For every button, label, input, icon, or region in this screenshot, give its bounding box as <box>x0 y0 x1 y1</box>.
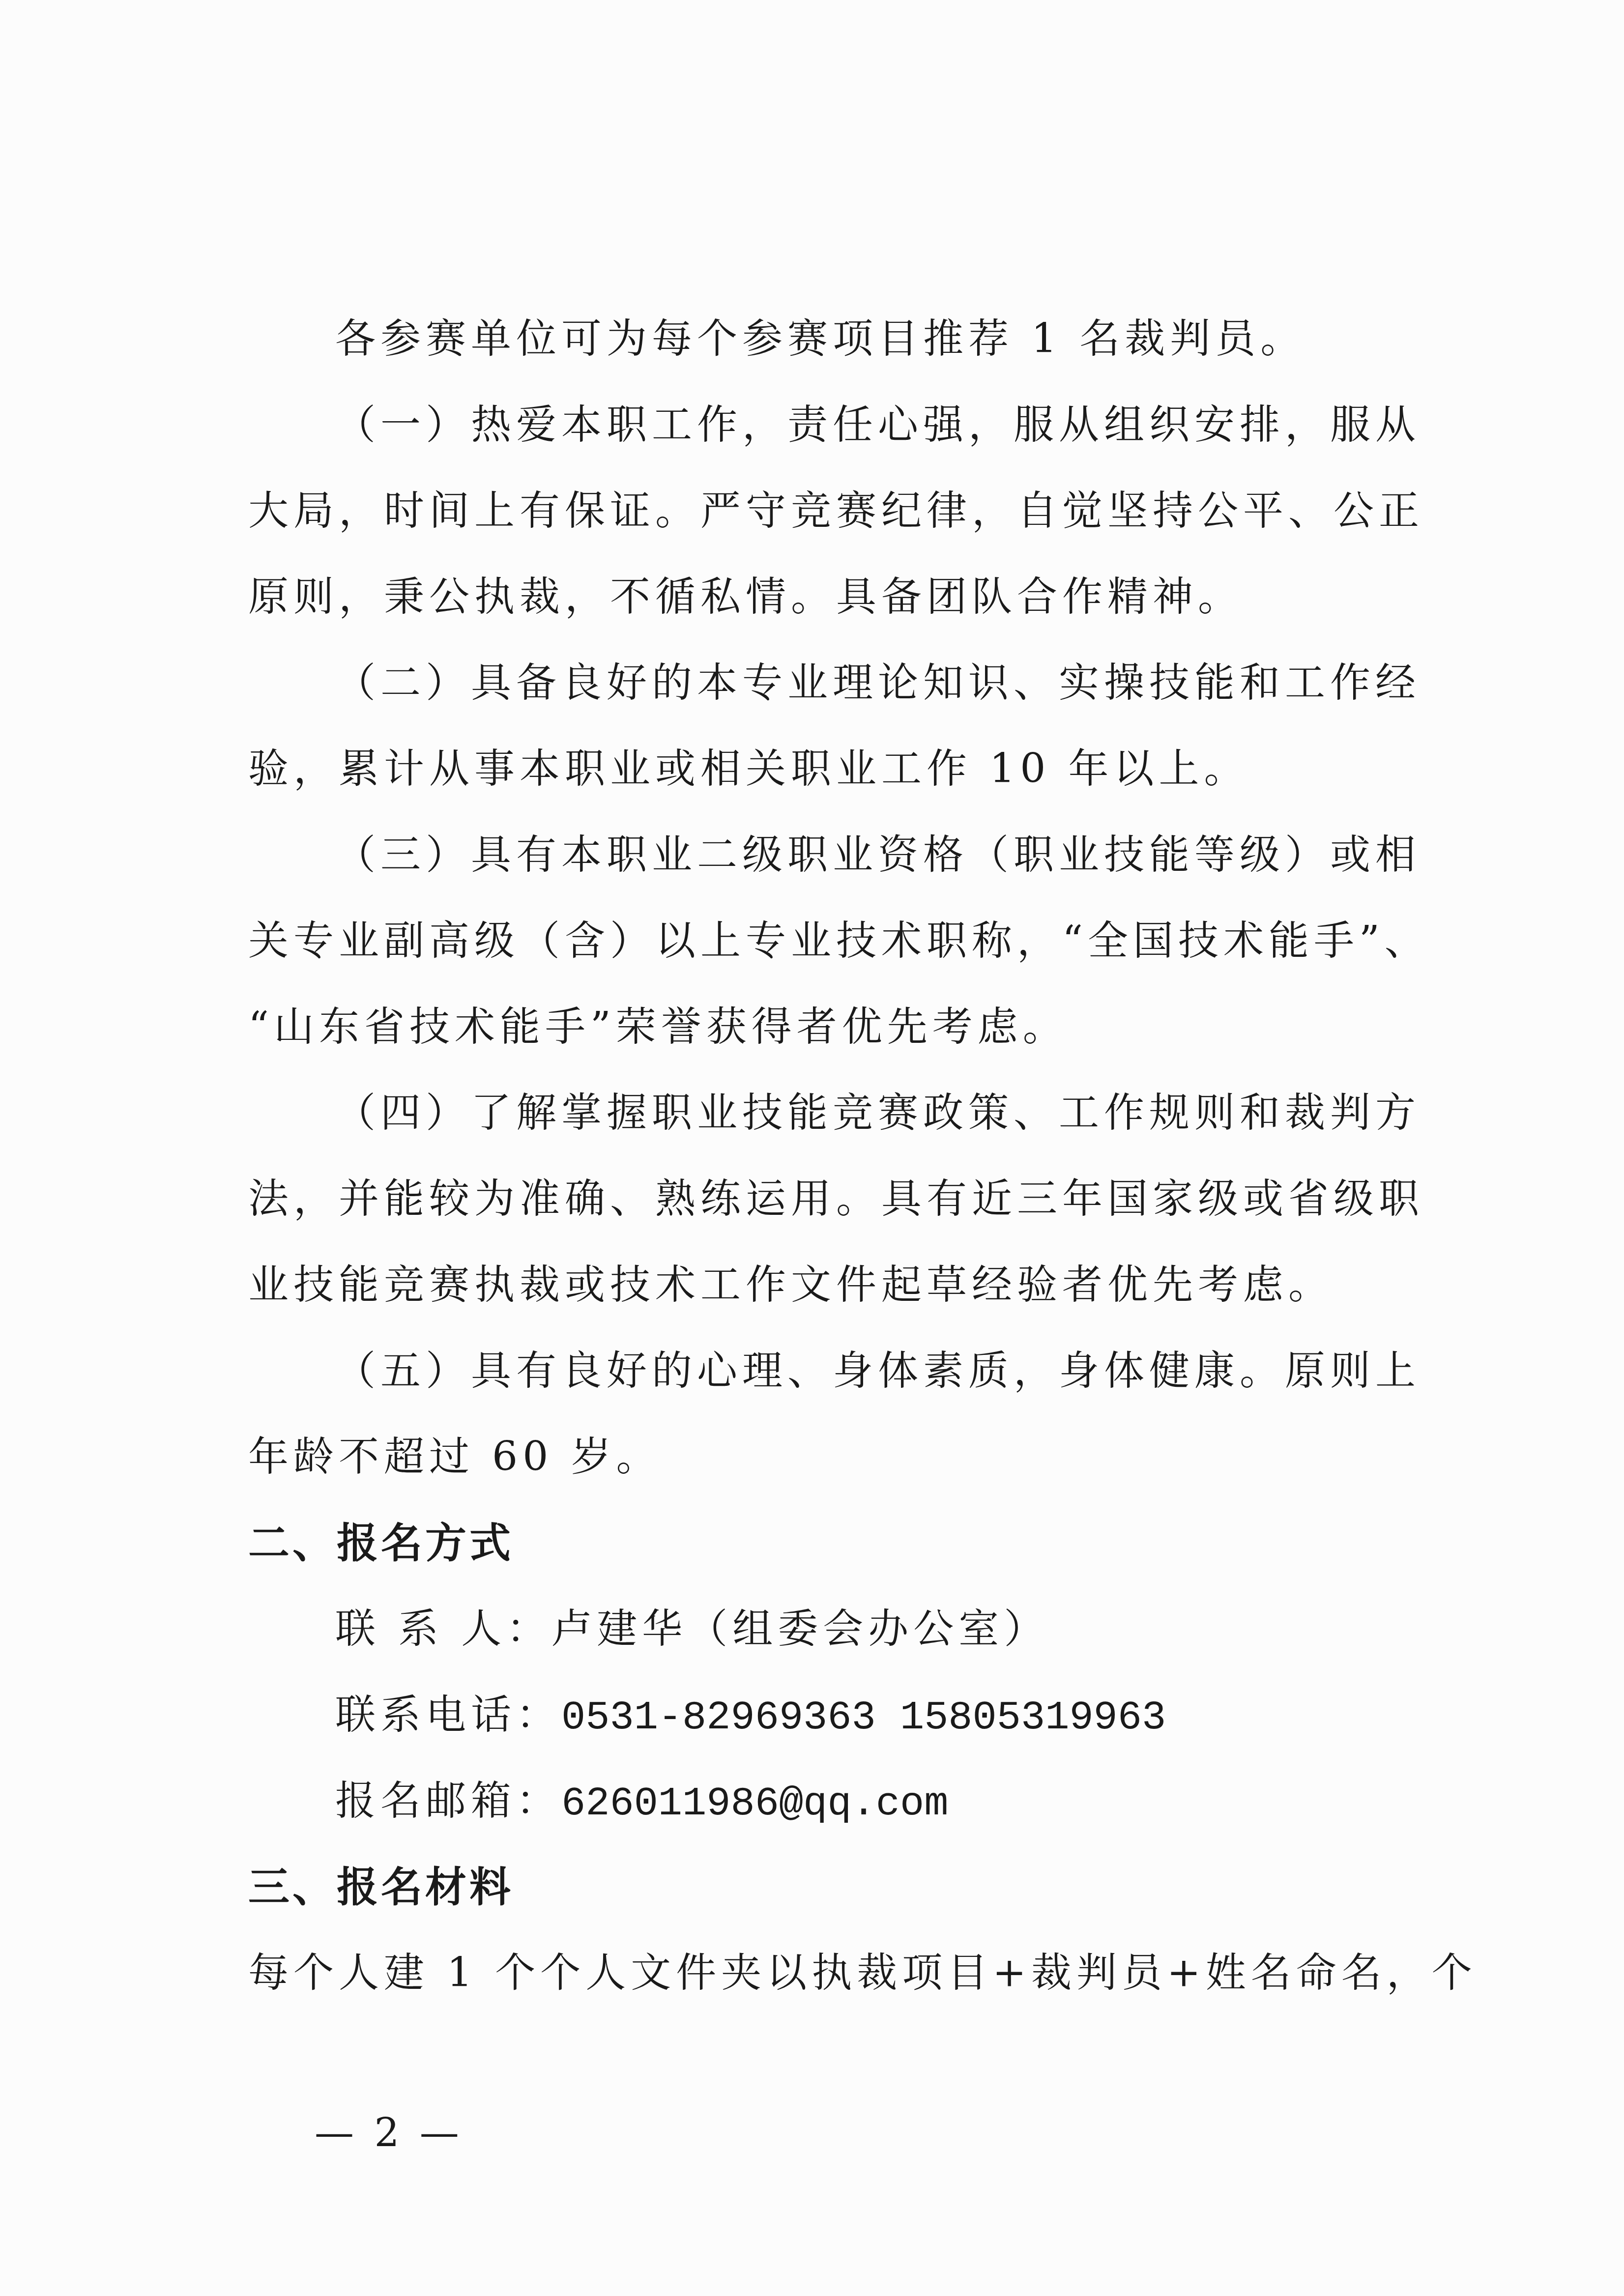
document-page: 各参赛单位可为每个参赛项目推荐 1 名裁判员。 （一）热爱本职工作，责任心强，服… <box>0 0 1624 2296</box>
contact-phone-row: 联系电话：0531-82969363 15805319963 <box>335 1691 1398 1743</box>
section-3-body: 每个人建 1 个个人文件夹以执裁项目+裁判员+姓名命名，个 <box>248 1949 1398 1998</box>
page-number: — 2 — <box>315 2108 463 2157</box>
contact-phone-value: 0531-82969363 15805319963 <box>561 1695 1166 1741</box>
requirement-2-line-2: 验，累计从事本职业或相关职业工作 10 年以上。 <box>248 745 1398 794</box>
requirement-5-line-1: （五）具有良好的心理、身体素质，身体健康。原则上 <box>335 1347 1398 1396</box>
requirement-4-line-2: 法，并能较为准确、熟练运用。具有近三年国家级或省级职 <box>248 1175 1398 1224</box>
requirement-5-line-2: 年龄不超过 60 岁。 <box>248 1433 1398 1482</box>
requirement-3-line-2: 关专业副高级（含）以上专业技术职称，“全国技术能手”、 <box>248 917 1398 966</box>
requirement-1-line-2: 大局，时间上有保证。严守竞赛纪律，自觉坚持公平、公正 <box>248 487 1398 536</box>
contact-person-label: 联 系 人： <box>335 1606 551 1652</box>
requirement-2-line-1: （二）具备良好的本专业理论知识、实操技能和工作经 <box>335 659 1398 708</box>
contact-email-value: 626011986@qq.com <box>561 1781 948 1827</box>
opening-paragraph: 各参赛单位可为每个参赛项目推荐 1 名裁判员。 <box>335 315 1398 364</box>
contact-person-row: 联 系 人：卢建华（组委会办公室） <box>335 1605 1398 1654</box>
contact-person-value: 卢建华（组委会办公室） <box>551 1606 1049 1652</box>
requirement-3-line-3: “山东省技术能手”荣誉获得者优先考虑。 <box>248 1003 1398 1052</box>
requirement-1-line-1: （一）热爱本职工作，责任心强，服从组织安排，服从 <box>335 401 1398 450</box>
requirement-4-line-1: （四）了解掌握职业技能竞赛政策、工作规则和裁判方 <box>335 1089 1398 1138</box>
requirement-1-line-3: 原则，秉公执裁，不循私情。具备团队合作精神。 <box>248 573 1398 622</box>
contact-email-row: 报名邮箱：626011986@qq.com <box>335 1777 1398 1829</box>
contact-phone-label: 联系电话： <box>335 1692 561 1738</box>
section-2-heading: 二、报名方式 <box>248 1519 1398 1568</box>
requirement-4-line-3: 业技能竞赛执裁或技术工作文件起草经验者优先考虑。 <box>248 1261 1398 1310</box>
requirement-3-line-1: （三）具有本职业二级职业资格（职业技能等级）或相 <box>335 831 1398 880</box>
contact-email-label: 报名邮箱： <box>335 1778 561 1824</box>
section-3-heading: 三、报名材料 <box>248 1863 1398 1912</box>
